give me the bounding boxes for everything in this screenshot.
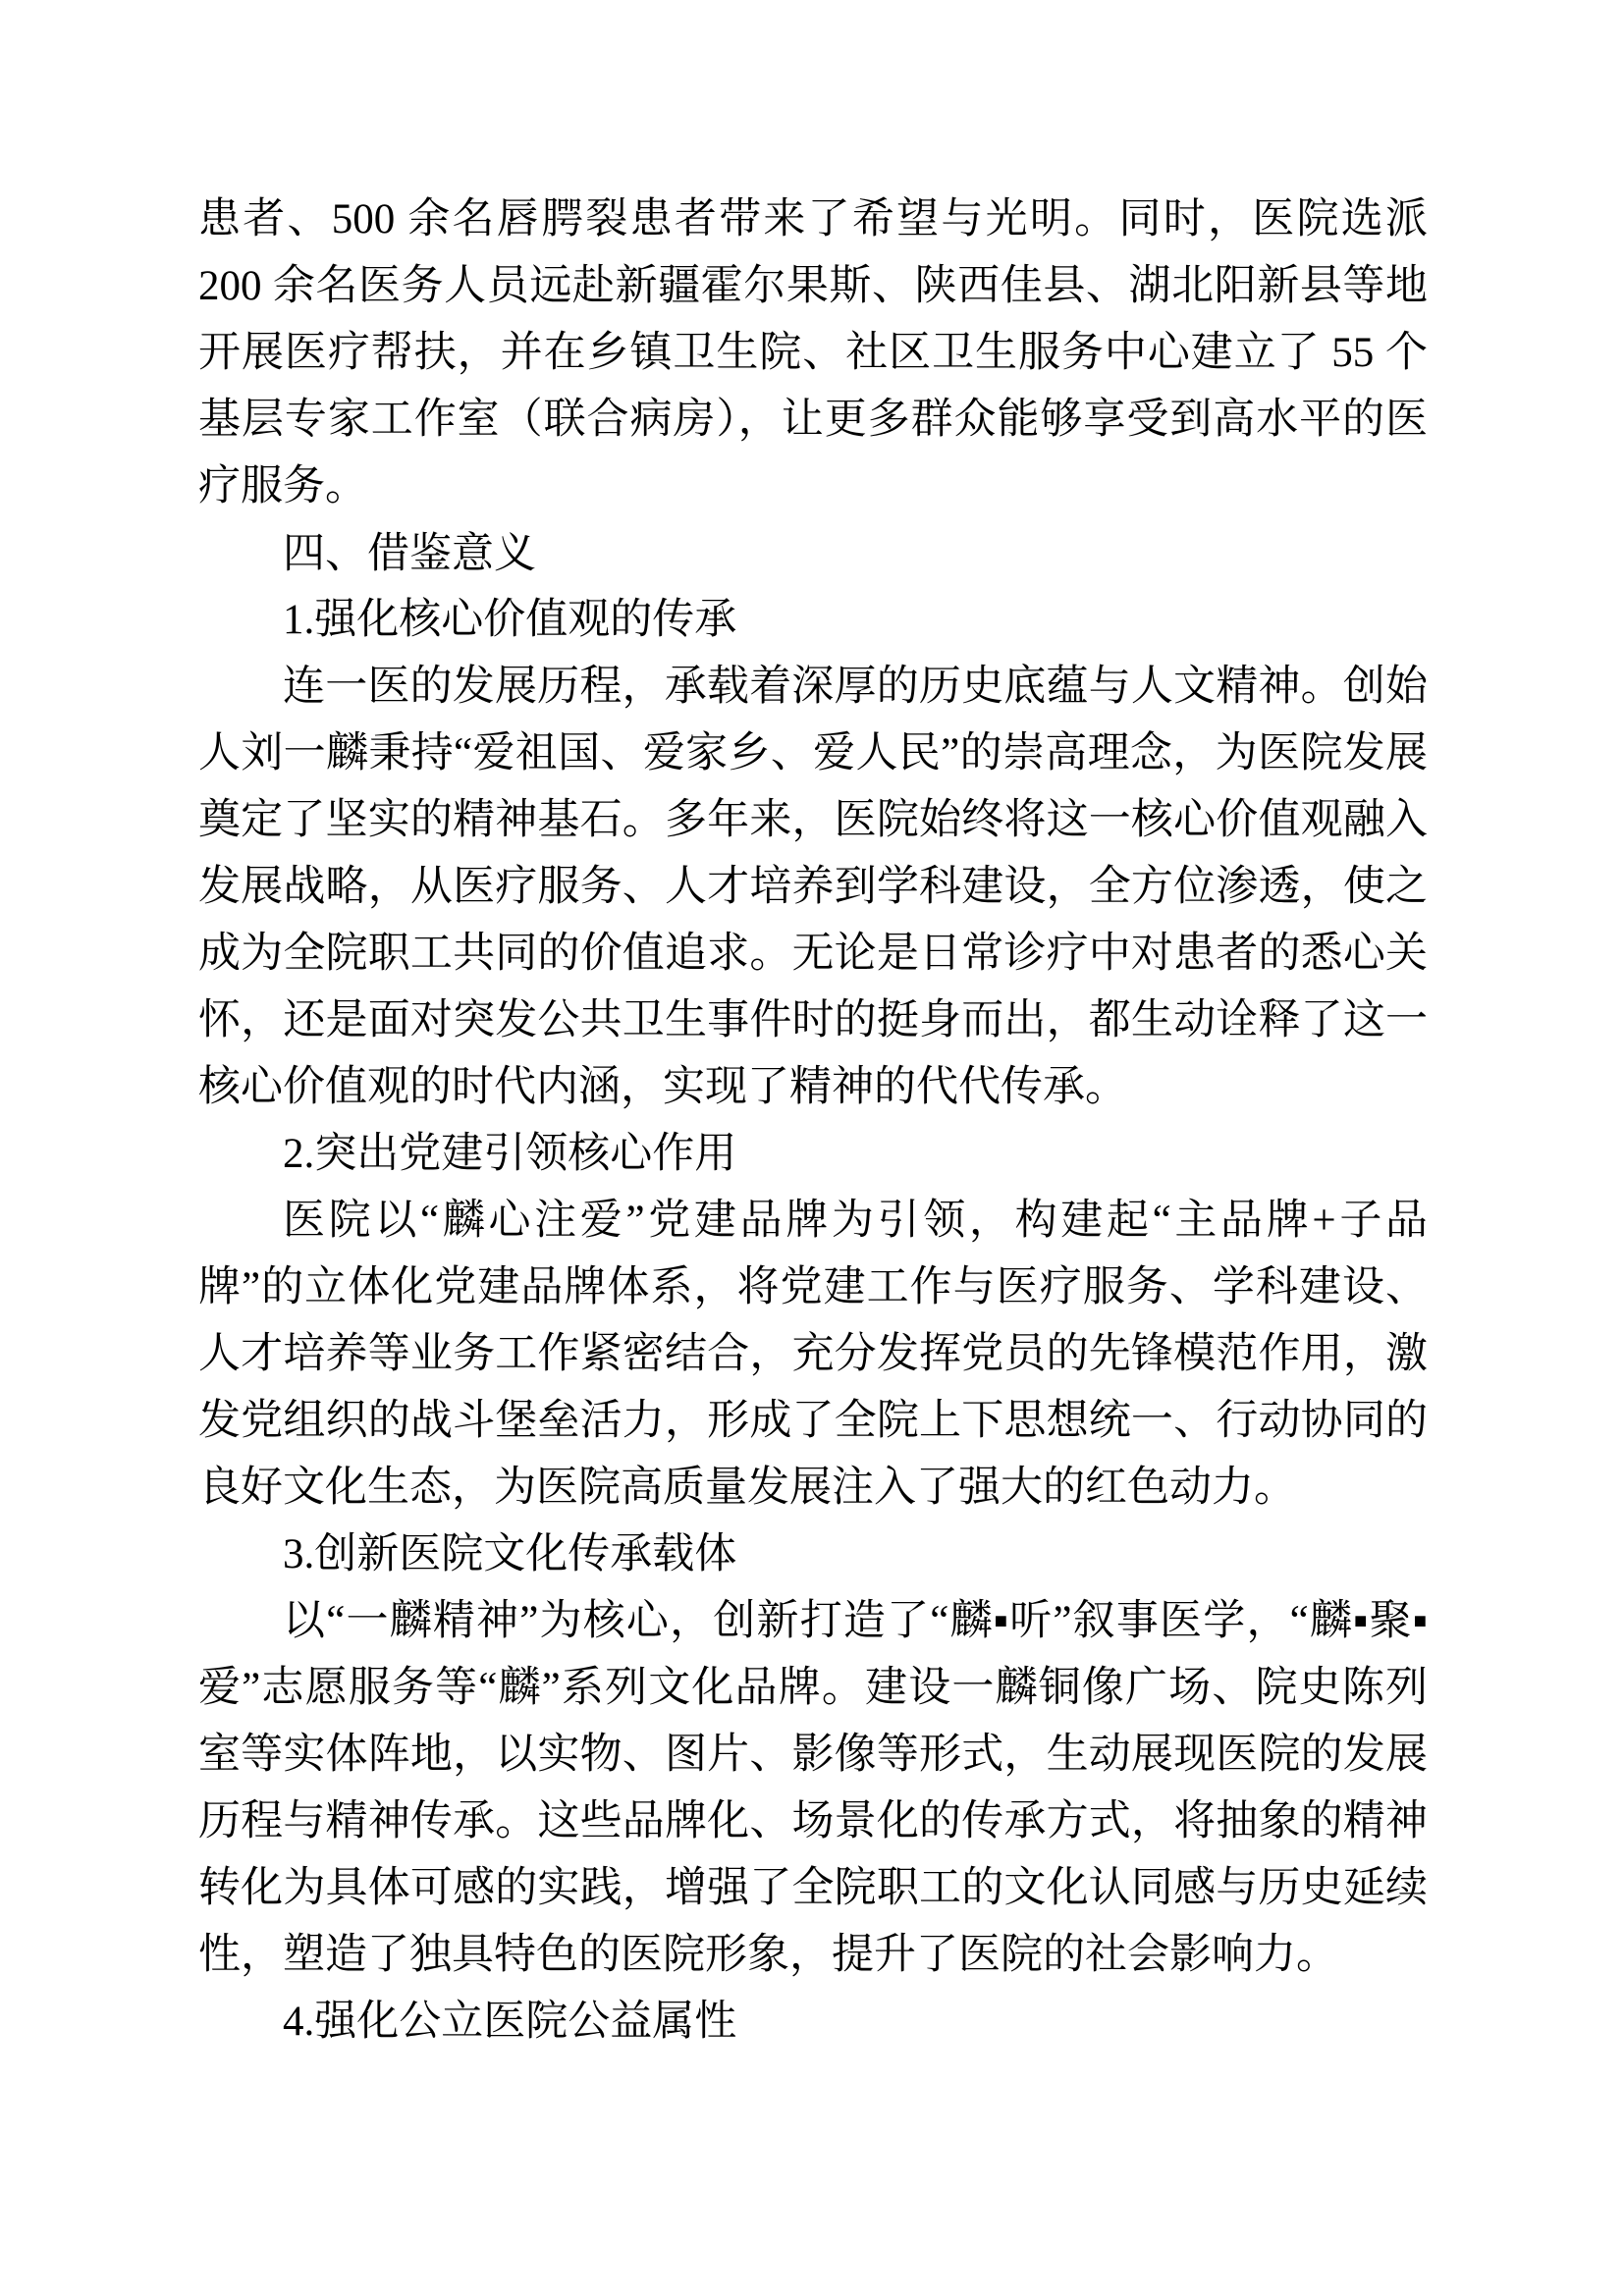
subsection-1-paragraph: 连一医的发展历程，承载着深厚的历史底蕴与人文精神。创始人刘一麟秉持“爱祖国、爱家… (198, 654, 1428, 1121)
subsection-3-paragraph: 以“一麟精神”为核心，创新打造了“麟▪听”叙事医学，“麟▪聚▪爱”志愿服务等“麟… (198, 1588, 1428, 1989)
document-page: 患者、500 余名唇腭裂患者带来了希望与光明。同时，医院选派 200 余名医务人… (0, 0, 1624, 2296)
subsection-1: 1.强化核心价值观的传承 连一医的发展历程，承载着深厚的历史底蕴与人文精神。创始… (198, 587, 1428, 1121)
paragraph-continuation: 患者、500 余名唇腭裂患者带来了希望与光明。同时，医院选派 200 余名医务人… (198, 187, 1428, 520)
section-heading: 四、借鉴意义 (198, 520, 1428, 587)
subsection-4-heading: 4.强化公立医院公益属性 (198, 1989, 1428, 2056)
subsection-2-paragraph: 医院以“麟心注爱”党建品牌为引领，构建起“主品牌+子品牌”的立体化党建品牌体系，… (198, 1188, 1428, 1522)
document-content: 患者、500 余名唇腭裂患者带来了希望与光明。同时，医院选派 200 余名医务人… (198, 187, 1428, 2056)
subsection-2: 2.突出党建引领核心作用 医院以“麟心注爱”党建品牌为引领，构建起“主品牌+子品… (198, 1121, 1428, 1522)
subsection-2-heading: 2.突出党建引领核心作用 (198, 1121, 1428, 1188)
subsection-4: 4.强化公立医院公益属性 (198, 1989, 1428, 2056)
subsection-3-heading: 3.创新医院文化传承载体 (198, 1522, 1428, 1588)
subsection-3: 3.创新医院文化传承载体 以“一麟精神”为核心，创新打造了“麟▪听”叙事医学，“… (198, 1522, 1428, 1989)
subsection-1-heading: 1.强化核心价值观的传承 (198, 587, 1428, 654)
